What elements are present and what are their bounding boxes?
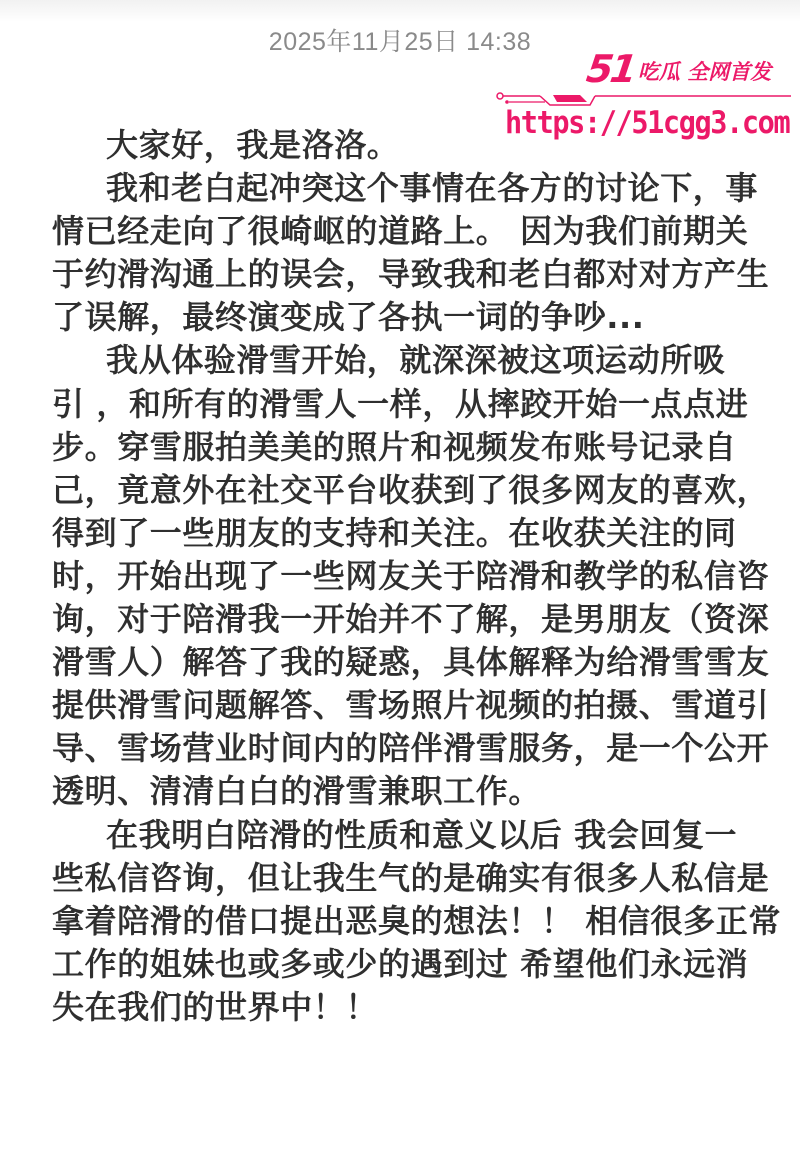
article-line: 情已经走向了很崎岖的道路上。 因为我们前期关: [52, 210, 762, 253]
article-body: 大家好，我是洛洛。 我和老白起冲突这个事情在各方的讨论下，事 情已经走向了很崎岖…: [52, 124, 762, 1029]
article-line: 失在我们的世界中！！: [52, 986, 762, 1029]
article-line: 滑雪人）解答了我的疑惑，具体解释为给滑雪雪友: [52, 641, 762, 684]
article-line: 步。穿雪服拍美美的照片和视频发布账号记录自: [52, 426, 762, 469]
article-line: 己，竟意外在社交平台收获到了很多网友的喜欢，: [52, 469, 762, 512]
top-fade: [0, 0, 800, 22]
article-line: 些私信咨询，但让我生气的是确实有很多人私信是: [52, 857, 762, 900]
article-line: 透明、清清白白的滑雪兼职工作。: [52, 770, 762, 813]
article-line: 在我明白陪滑的性质和意义以后 我会回复一: [52, 814, 762, 857]
article-line: 我从体验滑雪开始，就深深被这项运动所吸: [52, 339, 762, 382]
article-line: 得到了一些朋友的支持和关注。在收获关注的同: [52, 512, 762, 555]
article-line: 导、雪场营业时间内的陪伴滑雪服务，是一个公开: [52, 727, 762, 770]
article-line: 了误解，最终演变成了各执一词的争吵...: [52, 296, 762, 339]
watermark-slogan: 吃瓜 全网首发: [638, 60, 771, 84]
article-line: 于约滑沟通上的误会，导致我和老白都对对方产生: [52, 253, 762, 296]
watermark-number: 51: [584, 50, 636, 88]
article-line: 大家好，我是洛洛。: [52, 124, 762, 167]
article-line: 提供滑雪问题解答、雪场照片视频的拍摄、雪道引: [52, 684, 762, 727]
watermark-top: 51 吃瓜 全网首发: [587, 50, 771, 88]
article-line: 我和老白起冲突这个事情在各方的讨论下，事: [52, 167, 762, 210]
article-line: 工作的姐妹也或多或少的遇到过 希望他们永远消: [52, 943, 762, 986]
article-line: 拿着陪滑的借口提出恶臭的想法！！ 相信很多正常: [52, 900, 762, 943]
article-line: 引 ，和所有的滑雪人一样，从摔跤开始一点点进: [52, 383, 762, 426]
article-line: 询，对于陪滑我一开始并不了解，是男朋友（资深: [52, 598, 762, 641]
article-line: 时，开始出现了一些网友关于陪滑和教学的私信咨: [52, 555, 762, 598]
